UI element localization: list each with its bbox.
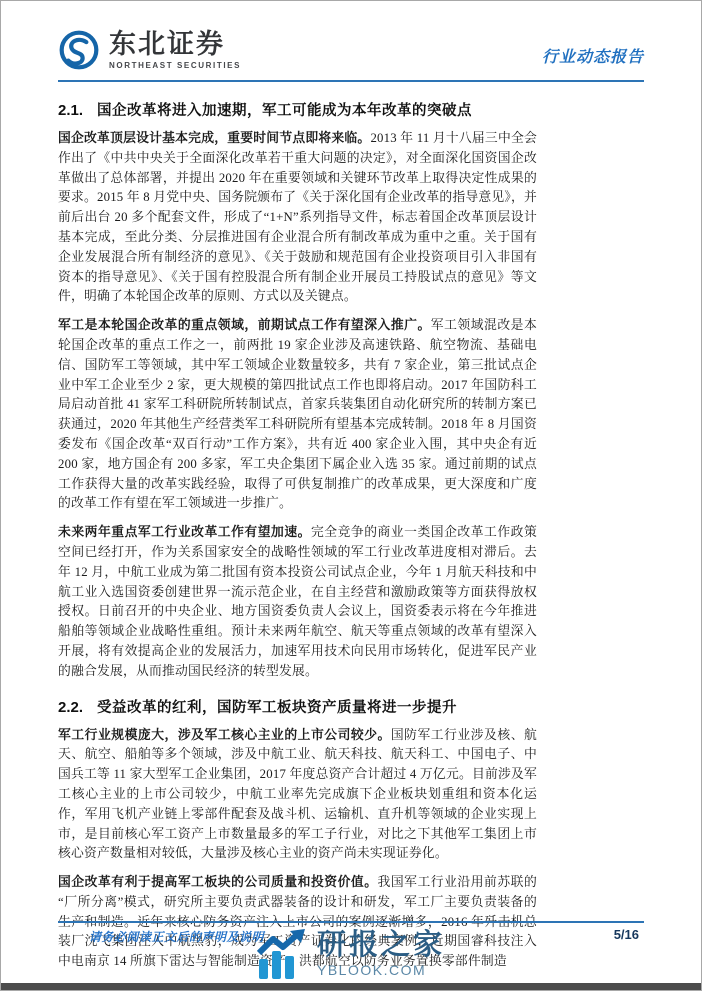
brand-name: 东北证券 — [109, 31, 241, 58]
northeast-securities-logo-icon — [58, 29, 100, 71]
page-header: 东北证券 NORTHEAST SECURITIES 行业动态报告 — [1, 1, 701, 82]
watermark: 研报之家 YBLOOK.COM — [257, 929, 445, 979]
section-heading-2-2: 2.2. 受益改革的红利，国防军工板块资产质量将进一步提升 — [58, 696, 644, 717]
page-number: 5/16 — [614, 927, 639, 942]
footer-disclaimer: 请务必阅读正文后的声明及说明 — [89, 928, 264, 945]
paragraph: 未来两年重点军工行业改革工作有望加速。完全竞争的商业一类国企改革工作政策空间已经… — [58, 523, 537, 681]
header-row: 东北证券 NORTHEAST SECURITIES 行业动态报告 — [58, 29, 644, 82]
paragraph-lead: 国企改革有利于提高军工板块的公司质量和投资价值。 — [58, 875, 378, 889]
footer-divider — [58, 921, 644, 923]
page-footer: 请务必阅读正文后的声明及说明 5/16 研报之家 YBLOOK.COM — [1, 921, 701, 983]
watermark-title: 研报之家 — [317, 931, 445, 960]
brand-text: 东北证券 NORTHEAST SECURITIES — [109, 31, 241, 70]
watermark-domain: YBLOOK.COM — [317, 963, 445, 977]
paragraph-body: 军工领域混改是本轮国企改革的重点工作之一，前两批 19 家企业涉及高速铁路、航空… — [58, 318, 537, 510]
paragraph: 军工是本轮国企改革的重点领域，前期试点工作有望深入推广。军工领域混改是本轮国企改… — [58, 316, 537, 514]
section-number: 2.1. — [58, 102, 83, 119]
section-number: 2.2. — [58, 699, 83, 716]
bottom-bar — [1, 983, 701, 990]
report-body: 2.1. 国企改革将进入加速期，军工可能成为本年改革的突破点 国企改革顶层设计基… — [1, 82, 701, 972]
paragraph: 军工行业规模庞大，涉及军工核心主业的上市公司较少。国防军工行业涉及核、航天、航空… — [58, 726, 537, 865]
report-page: 东北证券 NORTHEAST SECURITIES 行业动态报告 2.1. 国企… — [0, 0, 702, 991]
paragraph-lead: 军工行业规模庞大，涉及军工核心主业的上市公司较少。 — [58, 728, 391, 742]
bar-chart-arrow-icon — [257, 929, 309, 979]
brand-subtitle: NORTHEAST SECURITIES — [109, 62, 241, 70]
paragraph-lead: 未来两年重点军工行业改革工作有望加速。 — [58, 525, 311, 539]
watermark-text: 研报之家 YBLOOK.COM — [317, 931, 445, 977]
section-title: 国企改革将进入加速期，军工可能成为本年改革的突破点 — [97, 99, 472, 120]
paragraph-lead: 国企改革顶层设计基本完成，重要时间节点即将来临。 — [58, 131, 370, 145]
brand: 东北证券 NORTHEAST SECURITIES — [58, 29, 241, 71]
paragraph-lead: 军工是本轮国企改革的重点领域，前期试点工作有望深入推广。 — [58, 318, 431, 332]
paragraph: 国企改革顶层设计基本完成，重要时间节点即将来临。2013 年 11 月十八届三中… — [58, 129, 537, 307]
paragraph-body: 完全竞争的商业一类国企改革工作政策空间已经打开，作为关系国家安全的战略性领域的军… — [58, 525, 537, 678]
paragraph-body: 国防军工行业涉及核、航天、航空、船舶等多个领域，涉及中航工业、航天科技、航天科工… — [58, 728, 537, 861]
section-heading-2-1: 2.1. 国企改革将进入加速期，军工可能成为本年改革的突破点 — [58, 99, 644, 120]
section-title: 受益改革的红利，国防军工板块资产质量将进一步提升 — [97, 696, 457, 717]
paragraph-body: 2013 年 11 月十八届三中全会作出了《中共中央关于全面深化改革若干重大问题… — [58, 131, 537, 303]
report-type-label: 行业动态报告 — [542, 44, 644, 71]
